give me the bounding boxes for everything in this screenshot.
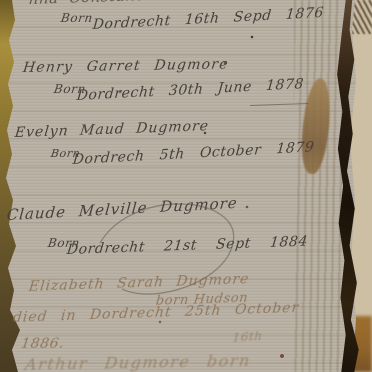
old-register-book-photo: nna Constance Born Dordrecht 16th Sepd 1…: [0, 0, 372, 372]
date-fragment: 16th: [232, 329, 263, 345]
entry-partial-bottom: Arthur Dugmore born: [24, 351, 252, 372]
born-label: Born: [60, 11, 94, 25]
death-year: 1886.: [20, 336, 65, 352]
